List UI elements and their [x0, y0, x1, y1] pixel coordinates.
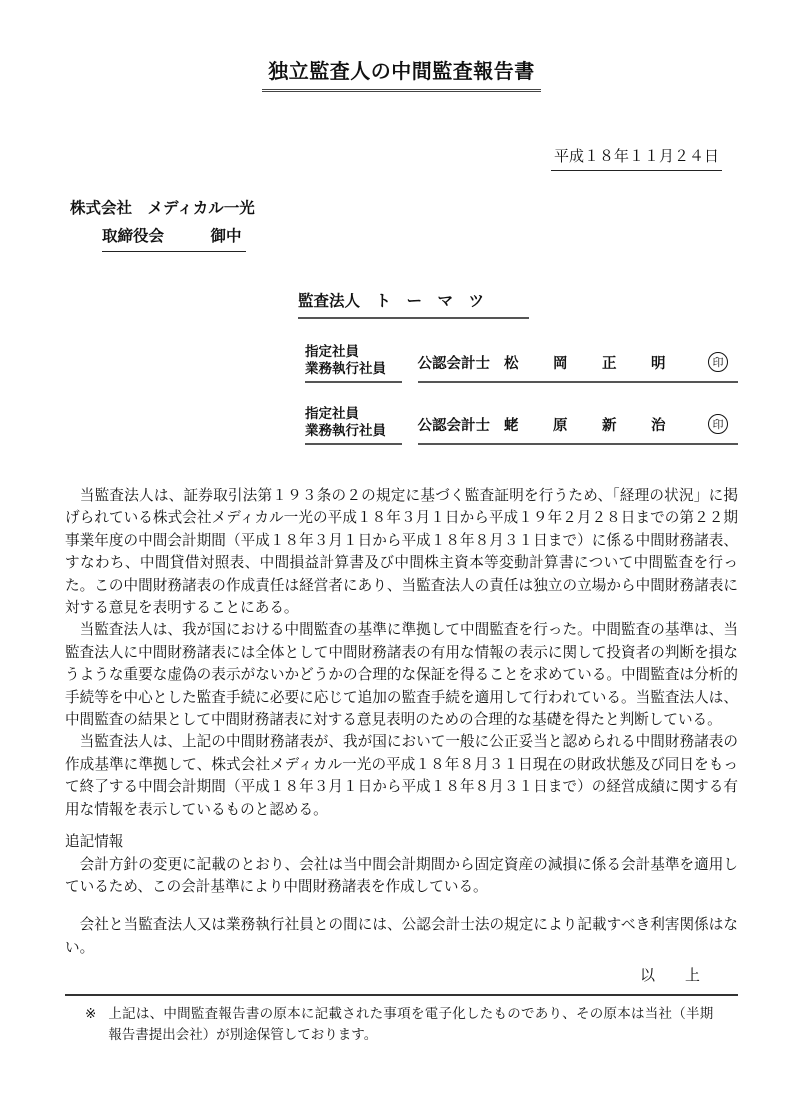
signer-2-role: 指定社員 業務執行社員: [305, 405, 402, 445]
seal-icon: 印: [708, 414, 728, 434]
addressee-block: 株式会社 メディカル一光 取締役会 御中: [65, 197, 738, 252]
signer-2-name: 蛯 原 新 治: [504, 414, 676, 435]
signer-1-signature-line: 公認会計士 松 岡 正 明 印: [418, 343, 738, 383]
signer-1-role-line1: 指定社員: [305, 343, 402, 360]
signer-2-role-line1: 指定社員: [305, 405, 402, 422]
addressee-board: 取締役会 御中: [102, 225, 246, 252]
signer-2-signature-line: 公認会計士 蛯 原 新 治 印: [418, 405, 738, 445]
closing-row: 以 上: [65, 965, 738, 987]
audit-firm-name: 監査法人 ト ー マ ツ: [298, 290, 529, 319]
report-date-row: 平成１８年１１月２４日: [65, 146, 738, 171]
report-date: 平成１８年１１月２４日: [551, 146, 722, 171]
body-paragraph-scope: 当監査法人は、証券取引法第１９３条の２の規定に基づく監査証明を行うため、「経理の…: [65, 485, 738, 619]
signer-row-1: 指定社員 業務執行社員 公認会計士 松 岡 正 明 印: [305, 343, 738, 383]
signature-block: 指定社員 業務執行社員 公認会計士 松 岡 正 明 印 指定社員 業務執行社員 …: [305, 343, 738, 445]
footnote: ※ 上記は、中間監査報告書の原本に記載された事項を電子化したものであり、その原本…: [85, 1003, 738, 1045]
report-title: 独立監査人の中間監査報告書: [262, 58, 541, 92]
footnote-divider: [65, 994, 738, 996]
report-title-row: 独立監査人の中間監査報告書: [65, 58, 738, 92]
addressee-company: 株式会社 メディカル一光: [70, 197, 738, 221]
seal-icon: 印: [708, 352, 728, 372]
interest-statement: 会社と当監査法人又は業務執行社員との間には、公認会計士法の規定により記載すべき利…: [65, 914, 738, 959]
signer-2-title: 公認会計士: [418, 414, 491, 435]
signer-1-name: 松 岡 正 明: [504, 352, 676, 373]
supplement-section: 追記情報 会計方針の変更に記載のとおり、会社は当中間会計期間から固定資産の減損に…: [65, 831, 738, 898]
addressee-board-row: 取締役会 御中: [102, 225, 738, 252]
report-body: 当監査法人は、証券取引法第１９３条の２の規定に基づく監査証明を行うため、「経理の…: [65, 485, 738, 821]
signer-1-role: 指定社員 業務執行社員: [305, 343, 402, 383]
audit-report-page: 独立監査人の中間監査報告書 平成１８年１１月２４日 株式会社 メディカル一光 取…: [0, 0, 790, 1118]
closing-label: 以 上: [640, 967, 700, 984]
signer-row-2: 指定社員 業務執行社員 公認会計士 蛯 原 新 治 印: [305, 405, 738, 445]
signer-1-title: 公認会計士: [418, 352, 491, 373]
body-paragraph-standards: 当監査法人は、我が国における中間監査の基準に準拠して中間監査を行った。中間監査の…: [65, 619, 738, 731]
footnote-marker: ※: [85, 1003, 96, 1045]
supplement-heading: 追記情報: [65, 831, 738, 853]
body-paragraph-opinion: 当監査法人は、上記の中間財務諸表が、我が国において一般に公正妥当と認められる中間…: [65, 731, 738, 821]
audit-firm-row: 監査法人 ト ー マ ツ: [298, 290, 738, 319]
signer-2-role-line2: 業務執行社員: [305, 422, 402, 439]
signer-1-role-line2: 業務執行社員: [305, 360, 402, 377]
supplement-text: 会計方針の変更に記載のとおり、会社は当中間会計期間から固定資産の減損に係る会計基…: [65, 854, 738, 899]
footnote-text: 上記は、中間監査報告書の原本に記載された事項を電子化したものであり、その原本は当…: [108, 1003, 713, 1045]
